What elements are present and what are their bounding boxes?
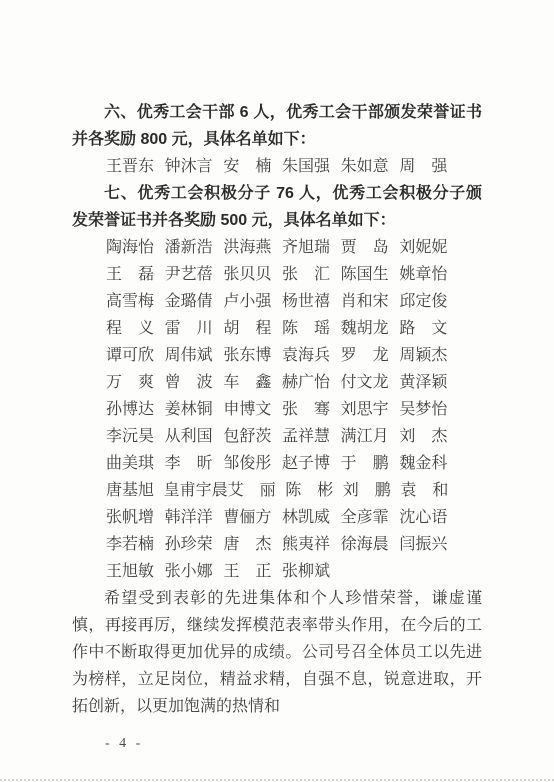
name-grid-row: 高雪梅金璐倩卢小强杨世禧肖和宋邱定俊 xyxy=(106,288,458,315)
name-item: 满江月 xyxy=(341,423,400,450)
name-item: 张小娜 xyxy=(165,558,224,585)
name-item: 张贝贝 xyxy=(223,261,282,288)
name-item: 钟沐言 xyxy=(165,153,224,180)
name-item: 熊夷祥 xyxy=(282,531,341,558)
name-item: 周 强 xyxy=(399,153,458,180)
name-grid-row: 唐基旭皇甫宇晨艾 丽陈 彬刘 鹏袁 和 xyxy=(106,477,458,504)
name-item: 从利国 xyxy=(165,423,224,450)
name-item: 胡 程 xyxy=(223,315,282,342)
name-item: 洪海燕 xyxy=(223,234,282,261)
name-item: 吴梦怡 xyxy=(399,396,458,423)
name-item: 尹艺蓓 xyxy=(165,261,224,288)
name-item: 雷 川 xyxy=(165,315,224,342)
section-6-heading: 六、优秀工会干部 6 人，优秀工会干部颁发荣誉证书并各奖励 800 元，具体名单… xyxy=(72,99,482,153)
name-item: 沈心语 xyxy=(399,504,458,531)
name-item: 张东博 xyxy=(223,342,282,369)
name-item: 袁 和 xyxy=(400,477,458,504)
name-grid-row: 曲美琪李 昕邹俊彤赵子博于 鹏魏金科 xyxy=(106,450,458,477)
name-grid-row: 万 爽曾 波车 鑫赫广怡付文龙黄泽颖 xyxy=(106,369,458,396)
name-item: 陈 瑶 xyxy=(282,315,341,342)
name-item: 肖和宋 xyxy=(341,288,400,315)
name-item: 朱如意 xyxy=(341,153,400,180)
name-item: 曹俪方 xyxy=(223,504,282,531)
name-item: 路 文 xyxy=(399,315,458,342)
name-item: 于 鹏 xyxy=(341,450,400,477)
name-item: 王旭敏 xyxy=(106,558,165,585)
name-grid-row: 孙博达姜林铜申博文张 骞刘思宇吴梦怡 xyxy=(106,396,458,423)
name-item: 全彦霏 xyxy=(341,504,400,531)
section-7-name-grid: 陶海怡潘新浩洪海燕齐旭瑞贾 岛刘妮妮王 磊尹艺蓓张贝贝张 汇陈国生姚章怡高雪梅金… xyxy=(72,234,482,585)
name-item: 李沅昊 xyxy=(106,423,165,450)
name-item: 曲美琪 xyxy=(106,450,165,477)
name-item: 魏胡龙 xyxy=(341,315,400,342)
name-item: 朱国强 xyxy=(282,153,341,180)
name-item: 邱定俊 xyxy=(399,288,458,315)
name-item: 张柳斌 xyxy=(282,558,341,585)
name-item: 李 昕 xyxy=(165,450,224,477)
name-item: 姚章怡 xyxy=(399,261,458,288)
name-item: 张帆增 xyxy=(106,504,165,531)
name-item: 付文龙 xyxy=(341,369,400,396)
name-item: 王 正 xyxy=(223,558,282,585)
name-item: 王 磊 xyxy=(106,261,165,288)
name-item: 姜林铜 xyxy=(165,396,224,423)
name-item: 罗 龙 xyxy=(341,342,400,369)
section-6-name-list: 王晋东钟沐言安 楠朱国强朱如意周 强 xyxy=(106,153,458,180)
name-item: 齐旭瑞 xyxy=(282,234,341,261)
document-body: 六、优秀工会干部 6 人，优秀工会干部颁发荣誉证书并各奖励 800 元，具体名单… xyxy=(0,0,554,752)
name-item: 袁海兵 xyxy=(282,342,341,369)
name-item: 车 鑫 xyxy=(223,369,282,396)
name-item: 包舒茨 xyxy=(223,423,282,450)
name-item: 王晋东 xyxy=(106,153,165,180)
name-item: 韩洋洋 xyxy=(165,504,224,531)
name-item: 刘思宇 xyxy=(341,396,400,423)
name-item: 皇甫宇晨 xyxy=(164,477,228,504)
name-item: 唐基旭 xyxy=(106,477,164,504)
name-grid-row: 张帆增韩洋洋曹俪方林凯威全彦霏沈心语 xyxy=(106,504,458,531)
name-item: 邹俊彤 xyxy=(223,450,282,477)
name-item: 潘新浩 xyxy=(165,234,224,261)
name-item: 刘 杰 xyxy=(399,423,458,450)
page-number: - 4 - xyxy=(72,736,482,752)
name-item: 赵子博 xyxy=(282,450,341,477)
name-item: 张 汇 xyxy=(282,261,341,288)
name-item: 唐 杰 xyxy=(223,531,282,558)
name-item: 魏金科 xyxy=(399,450,458,477)
name-grid-row: 李若楠孙珍荣唐 杰熊夷祥徐海晨闫振兴 xyxy=(106,531,458,558)
name-item: 张 骞 xyxy=(282,396,341,423)
name-item: 周伟斌 xyxy=(165,342,224,369)
document-page: 六、优秀工会干部 6 人，优秀工会干部颁发荣誉证书并各奖励 800 元，具体名单… xyxy=(0,0,554,782)
name-item: 谭可欣 xyxy=(106,342,165,369)
name-item: 陈 彬 xyxy=(285,477,343,504)
name-item: 贾 岛 xyxy=(341,234,400,261)
closing-paragraph: 希望受到表彰的先进集体和个人珍惜荣誉，谦虚谨慎，再接再厉，继续发挥模范表率带头作… xyxy=(72,585,482,720)
name-item: 陶海怡 xyxy=(106,234,165,261)
name-item: 万 爽 xyxy=(106,369,165,396)
name-item: 孙珍荣 xyxy=(165,531,224,558)
name-item: 李若楠 xyxy=(106,531,165,558)
name-item: 卢小强 xyxy=(223,288,282,315)
name-grid-row: 李沅昊从利国包舒茨孟祥慧满江月刘 杰 xyxy=(106,423,458,450)
name-grid-row: 王旭敏张小娜王 正张柳斌 xyxy=(106,558,458,585)
name-item: 申博文 xyxy=(223,396,282,423)
name-item: 闫振兴 xyxy=(399,531,458,558)
name-item: 杨世禧 xyxy=(282,288,341,315)
name-item: 程 义 xyxy=(106,315,165,342)
section-7-heading: 七、优秀工会积极分子 76 人，优秀工会积极分子颁发荣誉证书并各奖励 500 元… xyxy=(72,180,482,234)
name-item: 艾 丽 xyxy=(228,477,286,504)
name-item: 安 楠 xyxy=(223,153,282,180)
name-grid-row: 王 磊尹艺蓓张贝贝张 汇陈国生姚章怡 xyxy=(106,261,458,288)
name-item: 高雪梅 xyxy=(106,288,165,315)
name-item: 赫广怡 xyxy=(282,369,341,396)
name-item: 孟祥慧 xyxy=(282,423,341,450)
name-item: 陈国生 xyxy=(341,261,400,288)
name-item: 刘 鹏 xyxy=(343,477,401,504)
name-item: 周颖杰 xyxy=(399,342,458,369)
name-item: 刘妮妮 xyxy=(399,234,458,261)
name-item: 孙博达 xyxy=(106,396,165,423)
name-item: 曾 波 xyxy=(165,369,224,396)
name-grid-row: 陶海怡潘新浩洪海燕齐旭瑞贾 岛刘妮妮 xyxy=(106,234,458,261)
name-item: 林凯威 xyxy=(282,504,341,531)
name-item: 黄泽颖 xyxy=(399,369,458,396)
name-item: 徐海晨 xyxy=(341,531,400,558)
name-item: 金璐倩 xyxy=(165,288,224,315)
name-grid-row: 谭可欣周伟斌张东博袁海兵罗 龙周颖杰 xyxy=(106,342,458,369)
name-grid-row: 程 义雷 川胡 程陈 瑶魏胡龙路 文 xyxy=(106,315,458,342)
